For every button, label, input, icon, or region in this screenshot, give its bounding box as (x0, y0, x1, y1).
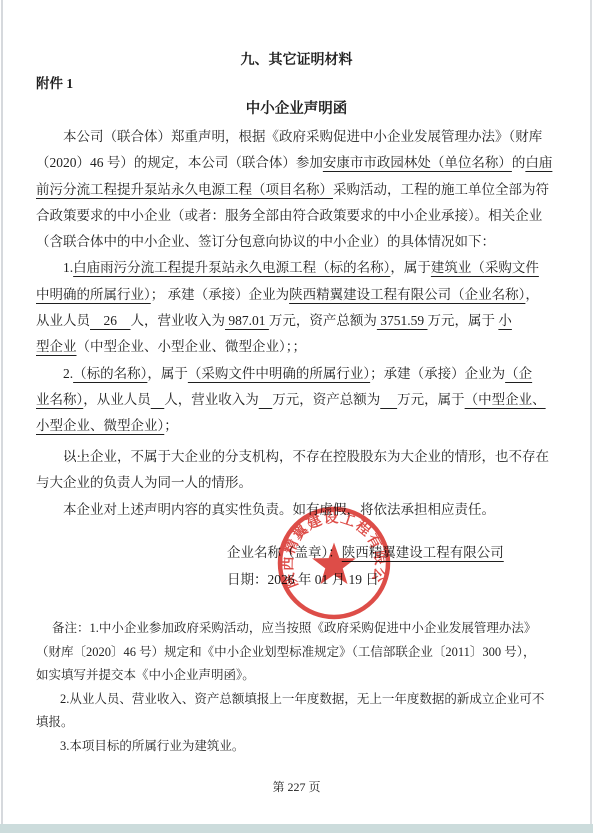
underlined-text: 3751.59 (377, 313, 428, 328)
underlined-text (259, 392, 273, 407)
attachment-label: 附件 1 (36, 75, 73, 93)
text-run: 2. (63, 366, 73, 381)
note-line: （财库〔2020〕46 号）规定和《中小企业划型标准规定》（工信部联企业〔201… (36, 641, 561, 665)
section-heading: 九、其它证明材料 (0, 52, 593, 70)
underlined-text (151, 392, 165, 407)
underlined-text: 陕西精翼建设工程有限公司（企业名称） (289, 287, 525, 302)
text-run: （含联合体中的中小企业、签订分包意向协议的中小企业）的具体情况如下： (36, 234, 495, 249)
underlined-text: 987.01 (225, 313, 269, 328)
page-left-edge (1, 0, 3, 833)
underlined-text: （标的名称） (73, 366, 147, 381)
doc-line: 型企业（中型企业、小型企业、微型企业）；； (36, 334, 559, 360)
doc-line: 从业人员 26 人，营业收入为 987.01 万元，资产总额为 3751.59 … (36, 308, 559, 334)
note-line: 备注：1.中小企业参加政府采购活动，应当按照《政府采购促进中小企业发展管理办法》 (36, 617, 561, 641)
underlined-text: 白庙 (525, 155, 552, 170)
signature-block: 企业名称（盖章）：陕西精翼建设工程有限公司 日期：2026 年 01 月 19 … (227, 539, 504, 593)
doc-line: 本公司（联合体）郑重声明，根据《政府采购促进中小企业发展管理办法》（财库 (36, 124, 559, 150)
company-name-label: 企业名称（盖章）： (227, 545, 342, 560)
document-page: 九、其它证明材料 附件 1 中小企业声明函 本公司（联合体）郑重声明，根据《政府… (0, 0, 593, 833)
text-run: 万元，资产总额为 (272, 392, 380, 407)
declaration-body: 本公司（联合体）郑重声明，根据《政府采购促进中小企业发展管理办法》（财库 （20… (36, 124, 559, 466)
note-line: 填报。 (36, 711, 561, 735)
underlined-text: 26 (90, 313, 131, 328)
date-line: 日期：2026 年 01 月 19 日 (227, 566, 504, 593)
text-run: 合政策要求的中小企业（或者：服务全部由符合政策要求的中小企业承接）。相关企业 (36, 208, 542, 223)
underlined-text (380, 392, 397, 407)
underlined-text: （中型企业、 (465, 392, 546, 407)
text-run: ；承建（承接）企业为 (370, 366, 505, 381)
text-run: 本公司（联合体）郑重声明，根据《政府采购促进中小企业发展管理办法》（财库 (63, 129, 542, 144)
text-run: 采购活动，工程的施工单位全部为符 (333, 182, 549, 197)
underlined-text: 白庙雨污分流工程提升泵站永久电源工程（标的名称） (73, 260, 390, 275)
page-right-edge (590, 0, 592, 826)
doc-line: 以上企业，不属于大企业的分支机构，不存在控股股东为大企业的情形，也不存在 (36, 444, 559, 470)
doc-line: 与大企业的负责人为同一人的情形。 (36, 470, 559, 496)
doc-line: 本企业对上述声明内容的真实性负责。如有虚假，将依法承担相应责任。 (36, 497, 559, 523)
underlined-text: 小 (498, 313, 512, 328)
text-run: 人，营业收入为 (131, 313, 226, 328)
doc-line: 业名称），从业人员 人，营业收入为 万元，资产总额为 万元，属于（中型企业、 (36, 387, 559, 413)
text-run: ； 承建（承接）企业为 (151, 287, 289, 302)
doc-line: （含联合体中的中小企业、签订分包意向协议的中小企业）的具体情况如下： (36, 229, 559, 255)
underlined-text: 前污分流工程提升泵站永久电源工程（项目名称） (36, 182, 333, 197)
doc-line: 中明确的所属行业）； 承建（承接）企业为陕西精翼建设工程有限公司（企业名称）， (36, 282, 559, 308)
page-title: 中小企业声明函 (0, 100, 593, 119)
doc-line: 合政策要求的中小企业（或者：服务全部由符合政策要求的中小企业承接）。相关企业 (36, 203, 559, 229)
doc-line: 小型企业、微型企业）； (36, 413, 559, 439)
text-run: 1. (63, 260, 73, 275)
text-run: 万元，属于 (428, 313, 499, 328)
scan-bottom-strip (0, 824, 593, 833)
text-run: 从业人员 (36, 313, 90, 328)
note-line: 3.本项目标的所属行业为建筑业。 (36, 735, 561, 759)
underlined-text: 业名称） (36, 392, 83, 407)
text-run: ，属于 (390, 260, 431, 275)
text-run: 人，营业收入为 (164, 392, 259, 407)
underlined-text: 型企业 (36, 339, 77, 354)
underlined-text: 建筑业（采购文件 (431, 260, 539, 275)
text-run: 万元，资产总额为 (269, 313, 377, 328)
underlined-text: （采购文件中明确的所属行业） (188, 366, 370, 381)
underlined-text: 中明确的所属行业） (36, 287, 151, 302)
text-run: ； (164, 418, 178, 433)
doc-line-item1: 1.白庙雨污分流工程提升泵站永久电源工程（标的名称），属于建筑业（采购文件 (36, 255, 559, 281)
notes-block: 备注：1.中小企业参加政府采购活动，应当按照《政府采购促进中小企业发展管理办法》… (36, 617, 561, 758)
text-run: ，从业人员 (83, 392, 151, 407)
text-run: ， (525, 287, 539, 302)
note-line: 如实填写并提交本《中小企业声明函》。 (36, 664, 561, 688)
text-run: 的 (512, 155, 526, 170)
page-number-footer: 第 227 页 (0, 780, 593, 795)
underlined-text: 安康市市政园林处（单位名称） (323, 155, 512, 170)
text-run: ，属于 (147, 366, 188, 381)
text-run: 万元，属于 (397, 392, 465, 407)
doc-line: 前污分流工程提升泵站永久电源工程（项目名称）采购活动，工程的施工单位全部为符 (36, 177, 559, 203)
doc-line-item2: 2.（标的名称），属于（采购文件中明确的所属行业）；承建（承接）企业为（企 (36, 361, 559, 387)
company-name-value: 陕西精翼建设工程有限公司 (342, 545, 504, 560)
text-run: （2020）46 号）的规定，本公司（联合体）参加 (36, 155, 323, 170)
doc-line: （2020）46 号）的规定，本公司（联合体）参加安康市市政园林处（单位名称）的… (36, 150, 559, 176)
company-name-line: 企业名称（盖章）：陕西精翼建设工程有限公司 (227, 539, 504, 566)
text-run: （中型企业、小型企业、微型企业）；； (77, 339, 307, 354)
underlined-text: 小型企业、微型企业） (36, 418, 164, 433)
note-line: 2.从业人员、营业收入、资产总额填报上一年度数据，无上一年度数据的新成立企业可不 (36, 688, 561, 712)
closing-paragraphs: 以上企业，不属于大企业的分支机构，不存在控股股东为大企业的情形，也不存在 与大企… (36, 444, 559, 523)
underlined-text: （企 (505, 366, 532, 381)
